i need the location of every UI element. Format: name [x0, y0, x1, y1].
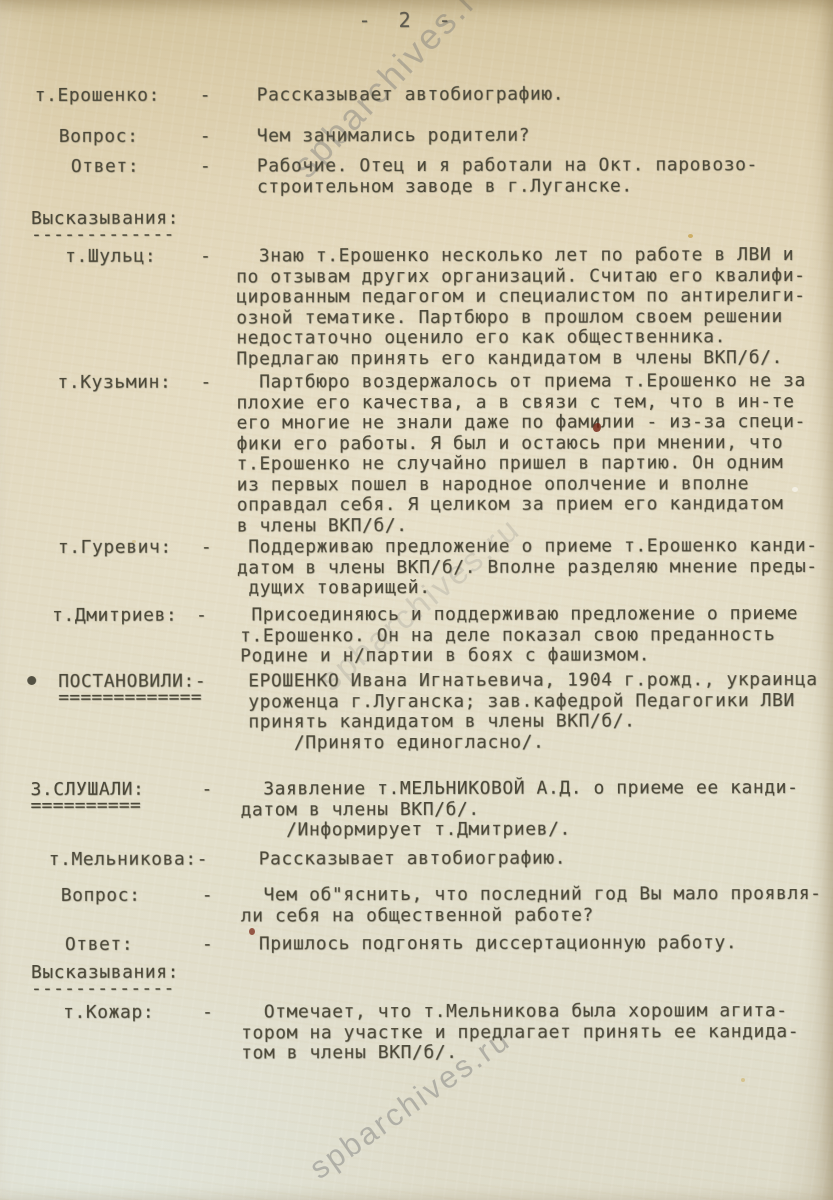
dash-separator: - [200, 373, 211, 394]
entry-gurevich: т.Гуревич: - Поддерживаю предложение о п… [0, 536, 833, 538]
entry-kuzmin: т.Кузьмин: - Партбюро воздержалось от пр… [0, 371, 832, 373]
speaker-label: т.Дмитриев: [52, 606, 177, 627]
entry-melnikova: т.Мельникова:- Рассказывает автобиографи… [1, 848, 833, 850]
dash-separator: - [202, 935, 213, 956]
section-header-statements-1: Высказывания: ------------- [0, 207, 832, 209]
dash-separator: - [202, 1003, 213, 1024]
speaker-label: Вопрос: [59, 127, 139, 148]
header-underline: ------------- [31, 979, 175, 1000]
entry-text: Партбюро воздержалось от приема т.Ерошен… [236, 371, 806, 536]
entry-text: Отмечает, что т.Мельникова была хорошим … [241, 1001, 799, 1064]
speaker-label: т.Гуревич: [58, 538, 172, 559]
entry-dmitriev: т.Дмитриев: - Присоединяюсь и поддержива… [0, 604, 833, 606]
dash-separator: - [201, 780, 212, 801]
entry-text: Рассказывает автобиографию. [257, 85, 565, 106]
entry-text: Рабочие. Отец и я работали на Окт. паров… [257, 155, 758, 197]
speaker-label: т.Ерошенко: [35, 86, 160, 107]
speaker-label: т.Шульц: [65, 247, 156, 268]
entry-text: Заявление т.МЕЛЬНИКОВОЙ А.Д. о приеме ее… [240, 778, 798, 841]
section-header-statements-2: Высказывания: ------------- [1, 961, 833, 963]
entry-answer-2: Ответ: - Пришлось подгонять диссертацион… [1, 933, 833, 935]
dash-separator: - [201, 538, 212, 559]
entry-heard-item-3: 3.СЛУШАЛИ: ========== - Заявление т.МЕЛЬ… [0, 778, 833, 780]
speaker-label: т.Кузьмин: [57, 373, 171, 394]
header-underline: ========== [31, 796, 141, 817]
document-page: spbarchives.ru spbarchives.ru spbarchive… [0, 0, 833, 1200]
dash-separator: - [202, 886, 213, 907]
entry-text: Чем об"яснить, что последний год Вы мало… [241, 884, 822, 927]
typed-text-layer: - 2 - т.Ерошенко: - Рассказывает автобио… [0, 0, 833, 1200]
speaker-label: Вопрос: [61, 886, 141, 907]
speaker-label: т.Мельникова:- [49, 850, 208, 871]
dash-separator: - [200, 86, 211, 107]
bullet-marker [27, 676, 36, 685]
speaker-label: Ответ: [71, 157, 139, 178]
header-underline: ============= [58, 688, 202, 709]
dash-separator: - [200, 127, 211, 148]
entry-text: Поддерживаю предложение о приеме т.Ероше… [237, 536, 818, 599]
entry-resolution: ПОСТАНОВИЛИ:- ============= ЕРОШЕНКО Ива… [0, 670, 833, 672]
entry-text: Чем занимались родители? [257, 126, 530, 147]
dash-separator: - [200, 157, 211, 178]
entry-shultz: т.Шульц: - Знаю т.Ерошенко несколько лет… [0, 245, 832, 247]
entry-text: Знаю т.Ерошенко несколько лет по работе … [236, 245, 806, 369]
entry-text: Рассказывает автобиографию. [259, 849, 567, 870]
page-number: - 2 - [358, 10, 458, 31]
dash-separator: - [196, 606, 207, 627]
entry-kozhar: т.Кожар: - Отмечает, что т.Мельникова бы… [1, 1001, 833, 1003]
entry-text: ЕРОШЕНКО Ивана Игнатьевича, 1904 г.рожд.… [248, 670, 818, 753]
entry-question-1: Вопрос: - Чем занимались родители? [0, 125, 832, 127]
dash-separator: - [200, 247, 211, 268]
header-underline: ------------- [31, 225, 175, 246]
entry-text: Присоединяюсь и поддерживаю предложение … [240, 604, 798, 667]
entry-answer-1: Ответ: - Рабочие. Отец и я работали на О… [0, 155, 832, 157]
speaker-label: т.Кожар: [63, 1003, 154, 1024]
entry-question-2: Вопрос: - Чем об"яснить, что последний г… [1, 884, 833, 886]
entry-text: Пришлось подгонять диссертационную работ… [259, 933, 737, 955]
speaker-label: Ответ: [65, 935, 133, 956]
entry-eroshenko: т.Ерошенко: - Рассказывает автобиографию… [0, 84, 832, 86]
